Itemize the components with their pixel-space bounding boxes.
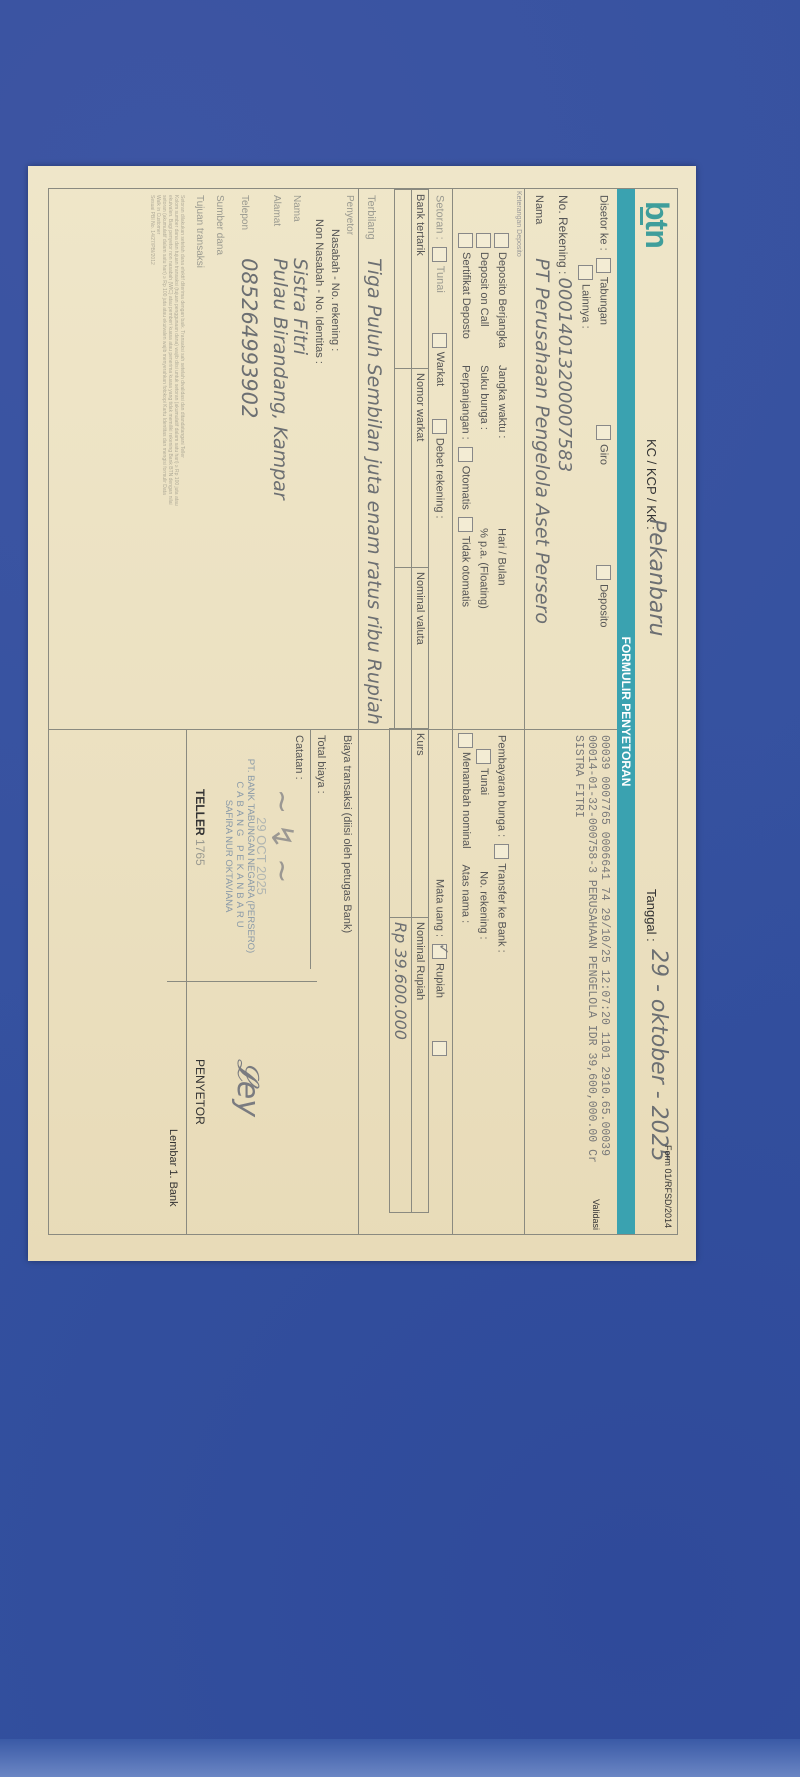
setoran-row: Setoran : Tunai Warkat Debet rekening : bbox=[432, 195, 447, 519]
checkbox-debet-rekening[interactable] bbox=[432, 419, 447, 434]
interest-row: Pembayaran bunga : Transfer ke Bank : bbox=[494, 735, 509, 953]
validation-line-2: 00014-01-32-000758-3 PERUSAHAAN PENGELOL… bbox=[585, 735, 598, 1163]
divider bbox=[358, 189, 359, 729]
option-warkat: Warkat bbox=[434, 352, 446, 412]
branch-label: KC / KCP / KK : bbox=[644, 439, 659, 530]
nominal-row: Menambah nominal Atas nama : bbox=[458, 729, 473, 923]
rate-unit: % p.a. (Floating) bbox=[478, 528, 490, 609]
interest-cash-row: Tunai No. rekening : bbox=[476, 745, 491, 940]
interest-label: Pembayaran bunga : bbox=[496, 735, 508, 837]
divider bbox=[452, 729, 453, 1234]
term-unit: Hari / Bulan bbox=[496, 528, 508, 585]
penyetor-label: Penyetor bbox=[344, 195, 355, 235]
terbilang-row: Terbilang Tiga Puluh Sembilan juta enam … bbox=[363, 195, 385, 725]
note-line: Setoran dilakukan setelah dana efektif d… bbox=[179, 195, 185, 715]
notes-label: Catatan : bbox=[293, 735, 305, 780]
header-bank-tertarik: Bank tertarik bbox=[412, 190, 429, 369]
currency-label: Mata uang : bbox=[434, 879, 446, 937]
option-giro: Giro bbox=[598, 444, 610, 465]
branch-field[interactable]: Pekanbaru bbox=[644, 519, 669, 636]
setoran-table-left: Bank tertarik Nomor warkat Nominal valut… bbox=[394, 189, 429, 729]
option-interest-tunai: Tunai bbox=[478, 768, 490, 868]
terbilang-field[interactable]: Tiga Puluh Sembilan juta enam ratus ribu… bbox=[363, 258, 385, 725]
teller-row: TELLER 1765 bbox=[193, 789, 207, 866]
deposit-type-row-3: Sertifikat Deposto Perpanjangan : Otomat… bbox=[458, 229, 473, 607]
teller-stamp: 29 OCT 2025 PT. BANK TABUNGAN NEGARA (PE… bbox=[223, 741, 267, 971]
checkbox-rupiah[interactable]: ✓ bbox=[432, 944, 447, 959]
checkbox-other-currency[interactable] bbox=[432, 1041, 447, 1056]
nasabah-label: Nasabah - No. rekening : bbox=[329, 229, 341, 351]
checkbox-menambah-nominal[interactable] bbox=[458, 733, 473, 748]
option-tidak-otomatis: Tidak otomatis bbox=[460, 536, 472, 607]
depositor-signature: 𝓛ey bbox=[230, 1059, 265, 1117]
note-line: Sesuai PBI No. 14/27/PBI/2012 bbox=[149, 195, 155, 715]
option-tabungan: Tabungan bbox=[598, 277, 610, 325]
purpose-label: Tujuan transaksi bbox=[194, 195, 205, 268]
type-sertifikat-deposito: Sertifikat Deposto bbox=[460, 252, 472, 362]
checkbox-giro[interactable] bbox=[596, 425, 611, 440]
form-header: btn KC / KCP / KK : Pekanbaru Tanggal : … bbox=[635, 189, 677, 1234]
nasabah-row: Nasabah - No. rekening : bbox=[329, 229, 341, 351]
divider bbox=[358, 729, 359, 1234]
deposit-type-row-2: Deposit on Call Suku bunga : % p.a. (Flo… bbox=[476, 229, 491, 609]
option-debet-rekening: Debet rekening : bbox=[434, 438, 446, 519]
header-nomor-warkat: Nomor warkat bbox=[412, 369, 429, 568]
deposit-to-row: Disetor ke : Tabungan Giro Deposito bbox=[596, 195, 611, 627]
extension-label: Perpanjangan : bbox=[460, 365, 472, 440]
cell-bank-tertarik[interactable] bbox=[395, 190, 412, 369]
currency-rupiah: Rupiah bbox=[434, 963, 446, 998]
currency-row: Mata uang : ✓Rupiah bbox=[432, 879, 447, 1060]
photo-background-edge bbox=[0, 1739, 800, 1777]
checkbox-warkat[interactable] bbox=[432, 333, 447, 348]
validation-label: Validasi bbox=[591, 1199, 601, 1230]
other-label: Lainnya : bbox=[580, 284, 592, 329]
deposit-slip-paper: btn KC / KCP / KK : Pekanbaru Tanggal : … bbox=[28, 166, 696, 1261]
checkbox-deposit-on-call[interactable] bbox=[476, 233, 491, 248]
term-label: Jangka waktu : bbox=[496, 365, 508, 525]
interest-account-label: No. rekening : bbox=[478, 871, 490, 939]
checkmark-icon: ✓ bbox=[435, 943, 452, 955]
checkbox-tidak-otomatis[interactable] bbox=[458, 517, 473, 532]
sheet-label: Lembar 1. Bank bbox=[167, 1129, 179, 1207]
cell-nominal-valuta[interactable] bbox=[395, 568, 412, 729]
date-label: Tanggal : bbox=[644, 889, 659, 942]
divider bbox=[310, 729, 311, 969]
checkbox-lainnya[interactable] bbox=[578, 265, 593, 280]
checkbox-otomatis[interactable] bbox=[458, 447, 473, 462]
left-column: Disetor ke : Tabungan Giro Deposito Lain… bbox=[49, 189, 617, 730]
address-row: Alamat Pulau Birandang, Kampar bbox=[269, 195, 291, 500]
type-deposito-berjangka: Deposito Berjangka bbox=[496, 252, 508, 362]
deposit-info-section-label: Keterangan Deposito bbox=[515, 191, 522, 257]
divider bbox=[524, 729, 525, 1234]
depositor-name-label: Nama bbox=[291, 195, 302, 255]
option-menambah-nominal: Menambah nominal bbox=[460, 752, 472, 862]
account-label: No. Rekening : bbox=[556, 195, 570, 274]
depositor-name-field[interactable]: Sistra Fitri bbox=[289, 258, 311, 355]
teller-label: TELLER bbox=[193, 789, 207, 836]
account-row: No. Rekening : 00014013200007583 bbox=[554, 195, 575, 472]
note-line: Kolom sumber dana dan tujuan transaksi (… bbox=[173, 195, 179, 715]
phone-label: Telepon bbox=[239, 195, 250, 255]
checkbox-tabungan[interactable] bbox=[596, 258, 611, 273]
right-column: 00039 0007765 0006641 74 29/10/25 12:07:… bbox=[49, 729, 617, 1234]
stamp-line-2: CABANG PEKANBARU bbox=[234, 741, 245, 971]
note-line: ekuivalen. Bagi penyetor non nasabah (WI… bbox=[167, 195, 173, 715]
cell-nomor-warkat[interactable] bbox=[395, 369, 412, 568]
validation-print: 00039 0007765 0006641 74 29/10/25 12:07:… bbox=[572, 735, 611, 1163]
address-field[interactable]: Pulau Birandang, Kampar bbox=[269, 258, 291, 500]
type-deposit-on-call: Deposit on Call bbox=[478, 252, 490, 362]
account-number-field[interactable]: 00014013200007583 bbox=[554, 277, 575, 472]
validation-line-1: 00039 0007765 0006641 74 29/10/25 12:07:… bbox=[598, 735, 611, 1163]
phone-row: Telepon 085264993902 bbox=[237, 195, 261, 418]
divider bbox=[167, 981, 317, 982]
setoran-table-right: Kurs Nominal Rupiah Rp 39.600.000 bbox=[389, 728, 429, 1213]
teller-id: 1765 bbox=[193, 839, 207, 866]
total-fee-label: Total biaya : bbox=[315, 735, 327, 794]
checkbox-tunai[interactable] bbox=[432, 247, 447, 262]
note-line: setoran (akumulatif dalam satu hari) ≥ R… bbox=[161, 195, 167, 715]
account-name-field[interactable]: PT Perusahaan Pengelola Aset Persero bbox=[531, 258, 553, 624]
checkbox-deposito-berjangka[interactable] bbox=[494, 233, 509, 248]
header-nominal-valuta: Nominal valuta bbox=[412, 568, 429, 729]
checkbox-deposito[interactable] bbox=[596, 565, 611, 580]
non-nasabah-label: Non Nasabah - No. Identitas : bbox=[313, 219, 325, 364]
checkbox-transfer-ke-bank[interactable] bbox=[494, 844, 509, 859]
non-nasabah-row: Non Nasabah - No. Identitas : bbox=[313, 219, 325, 364]
divider bbox=[524, 189, 525, 729]
deposit-to-label: Disetor ke : bbox=[598, 195, 610, 251]
terbilang-label: Terbilang bbox=[365, 195, 377, 255]
date-field[interactable]: 29 - oktober - 2025 bbox=[646, 949, 671, 1162]
deposit-type-row-1: Deposito Berjangka Jangka waktu : Hari /… bbox=[494, 229, 509, 586]
address-label: Alamat bbox=[271, 195, 282, 255]
option-deposito: Deposito bbox=[598, 584, 610, 627]
cell-kurs[interactable] bbox=[390, 729, 412, 918]
btn-logo-accent bbox=[640, 207, 643, 225]
stamp-name: SAFIRA NUR OKTAVIANA bbox=[223, 741, 234, 971]
form-number: Form 01/RFSD/2014 bbox=[663, 1145, 673, 1228]
notes-block: Setoran dilakukan setelah dana efektif d… bbox=[149, 195, 185, 715]
checkbox-interest-tunai[interactable] bbox=[476, 749, 491, 764]
btn-logo: btn bbox=[638, 201, 675, 248]
depositor-label: PENYETOR bbox=[193, 1059, 207, 1125]
option-tunai: Tunai bbox=[434, 266, 446, 326]
divider bbox=[186, 729, 187, 1234]
depositor-name-row: Nama Sistra Fitri bbox=[289, 195, 311, 355]
phone-field[interactable]: 085264993902 bbox=[237, 258, 261, 418]
form-title: FORMULIR PENYETORAN bbox=[617, 189, 635, 1234]
name-row: Nama PT Perusahaan Pengelola Aset Perser… bbox=[531, 195, 553, 624]
option-transfer-ke-bank: Transfer ke Bank : bbox=[496, 863, 508, 952]
header-nominal-rupiah: Nominal Rupiah bbox=[412, 918, 429, 1213]
setoran-label: Setoran : bbox=[434, 195, 446, 240]
rate-label: Suku bunga : bbox=[478, 365, 490, 525]
deposit-form: btn KC / KCP / KK : Pekanbaru Tanggal : … bbox=[48, 188, 678, 1235]
option-otomatis: Otomatis bbox=[460, 466, 472, 510]
header-kurs: Kurs bbox=[412, 729, 429, 918]
on-behalf-label: Atas nama : bbox=[460, 864, 472, 923]
checkbox-sertifikat-deposito[interactable] bbox=[458, 233, 473, 248]
teller-signature: ~ ↯ ~ bbox=[264, 789, 299, 883]
other-row: Lainnya : bbox=[578, 261, 593, 329]
fee-label: Biaya transaksi (diisi oleh petugas Bank… bbox=[341, 735, 353, 933]
name-label: Nama bbox=[533, 195, 545, 255]
fund-source-label: Sumber dana bbox=[214, 195, 225, 255]
divider bbox=[452, 189, 453, 729]
nominal-rupiah-field[interactable]: Rp 39.600.000 bbox=[390, 918, 412, 1213]
validation-line-3: SISTRA FITRI bbox=[572, 735, 585, 1163]
